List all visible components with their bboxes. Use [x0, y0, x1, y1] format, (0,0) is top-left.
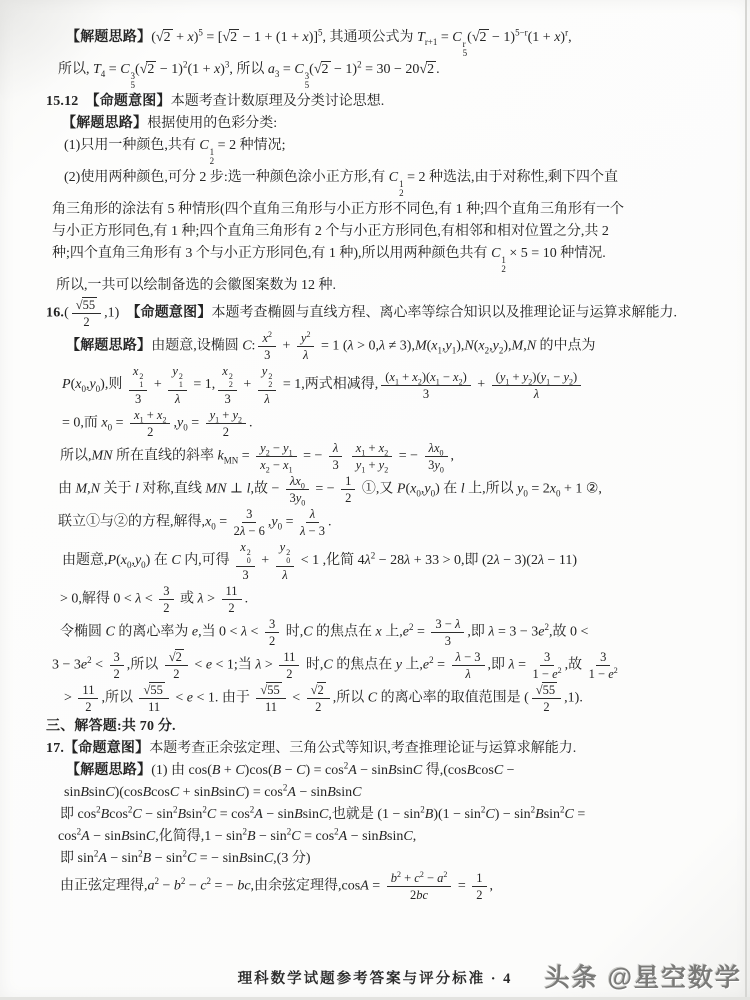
text-line-9: 种;四个直角三角形有 3 个与小正方形同色,有 1 种),所以用两种颜色共有 C… — [46, 243, 716, 274]
answer-document-body: 【解题思路】(√2 + x)5 = [√2 − 1 + (1 + x)]5, 其… — [46, 26, 716, 904]
text-line-15: 所以,MN 所在直线的斜率 kMN = y2 − y1x2 − x1 = − λ… — [46, 441, 716, 472]
text-line-21: 3 − 3e2 < 32,所以 √22 < e < 1;当 λ > 112 时,… — [46, 650, 716, 681]
text-line-1: 【解题思路】(√2 + x)5 = [√2 − 1 + (1 + x)]5, 其… — [46, 27, 716, 58]
text-line-14: = 0,而 x0 = x1 + x22,y0 = y1 + y22. — [46, 408, 716, 439]
text-line-6: (2)使用两种颜色,可分 2 步:选一种颜色涂小正方形,有 C12 = 2 种选… — [46, 167, 716, 198]
text-line-13: P(x0,y0),则 x213 + y21λ = 1,x223 + y22λ =… — [46, 364, 716, 406]
text-line-12: 【解题思路】由题意,设椭圆 C:x23 + y2λ = 1 (λ > 0,λ ≠… — [46, 331, 716, 362]
text-line-8: 与小正方形同色,有 1 种;四个直角三角形有 2 个与小正方形同色,有相邻和相对… — [46, 221, 716, 242]
text-line-17: 联立①与②的方程,解得,x0 = 32λ − 6,y0 = λλ − 3. — [46, 507, 716, 538]
text-line-11: 16.(√552,1) 【命题意图】本题考查椭圆与直线方程、离心率等综合知识以及… — [46, 298, 716, 329]
text-line-5: (1)只用一种颜色,共有 C12 = 2 种情况; — [46, 135, 716, 166]
scan-edge-right — [745, 0, 747, 1000]
text-line-19: > 0,解得 0 < λ < 32 或 λ > 112. — [46, 584, 716, 615]
text-line-3: 15.12 【命题意图】本题考查计数原理及分类讨论思想. — [46, 91, 716, 112]
text-line-2: 所以, T4 = C35(√2 − 1)2(1 + x)3, 所以 a3 = C… — [46, 59, 716, 90]
text-line-23: 三、解答题:共 70 分. — [46, 716, 716, 737]
text-line-25: 【解题思路】(1) 由 cos(B + C)cos(B − C) = cos2A… — [46, 760, 716, 781]
text-line-10: 所以,一共可以绘制备选的会徽图案数为 12 种. — [46, 275, 716, 296]
text-line-16: 由 M,N 关于 l 对称,直线 MN ⊥ l,故 − λx03y0 = − 1… — [46, 474, 716, 505]
text-line-26: sinBsinC)(cosBcosC + sinBsinC) = cos2A −… — [46, 782, 716, 803]
scanned-page: 【解题思路】(√2 + x)5 = [√2 − 1 + (1 + x)]5, 其… — [0, 0, 750, 1000]
text-line-4: 【解题思路】根据使用的色彩分类: — [46, 113, 716, 134]
text-line-18: 由题意,P(x0,y0) 在 C 内,可得 x203 + y20λ < 1 ,化… — [46, 540, 716, 582]
text-line-27: 即 cos2Bcos2C − sin2Bsin2C = cos2A − sinB… — [46, 804, 716, 825]
watermark: 头条 @星空数学 — [545, 958, 742, 994]
text-line-7: 角三角形的涂法有 5 种情形(四个直角三角形与小正方形不同色,有 1 种;四个直… — [46, 199, 716, 220]
text-line-20: 令椭圆 C 的离心率为 e,当 0 < λ < 32 时,C 的焦点在 x 上,… — [46, 617, 716, 648]
text-line-30: 由正弦定理得,a2 − b2 − c2 = − bc,由余弦定理得,cosA =… — [46, 871, 716, 902]
text-line-28: cos2A − sinBsinC,化简得,1 − sin2B − sin2C =… — [46, 826, 716, 847]
text-line-22: > 112,所以 √5511 < e < 1. 由于 √5511 < √22,所… — [46, 683, 716, 714]
text-line-24: 17.【命题意图】本题考查正余弦定理、三角公式等知识,考查推理论证与运算求解能力… — [46, 738, 716, 759]
text-line-29: 即 sin2A − sin2B − sin2C = − sinBsinC,(3 … — [46, 848, 716, 869]
